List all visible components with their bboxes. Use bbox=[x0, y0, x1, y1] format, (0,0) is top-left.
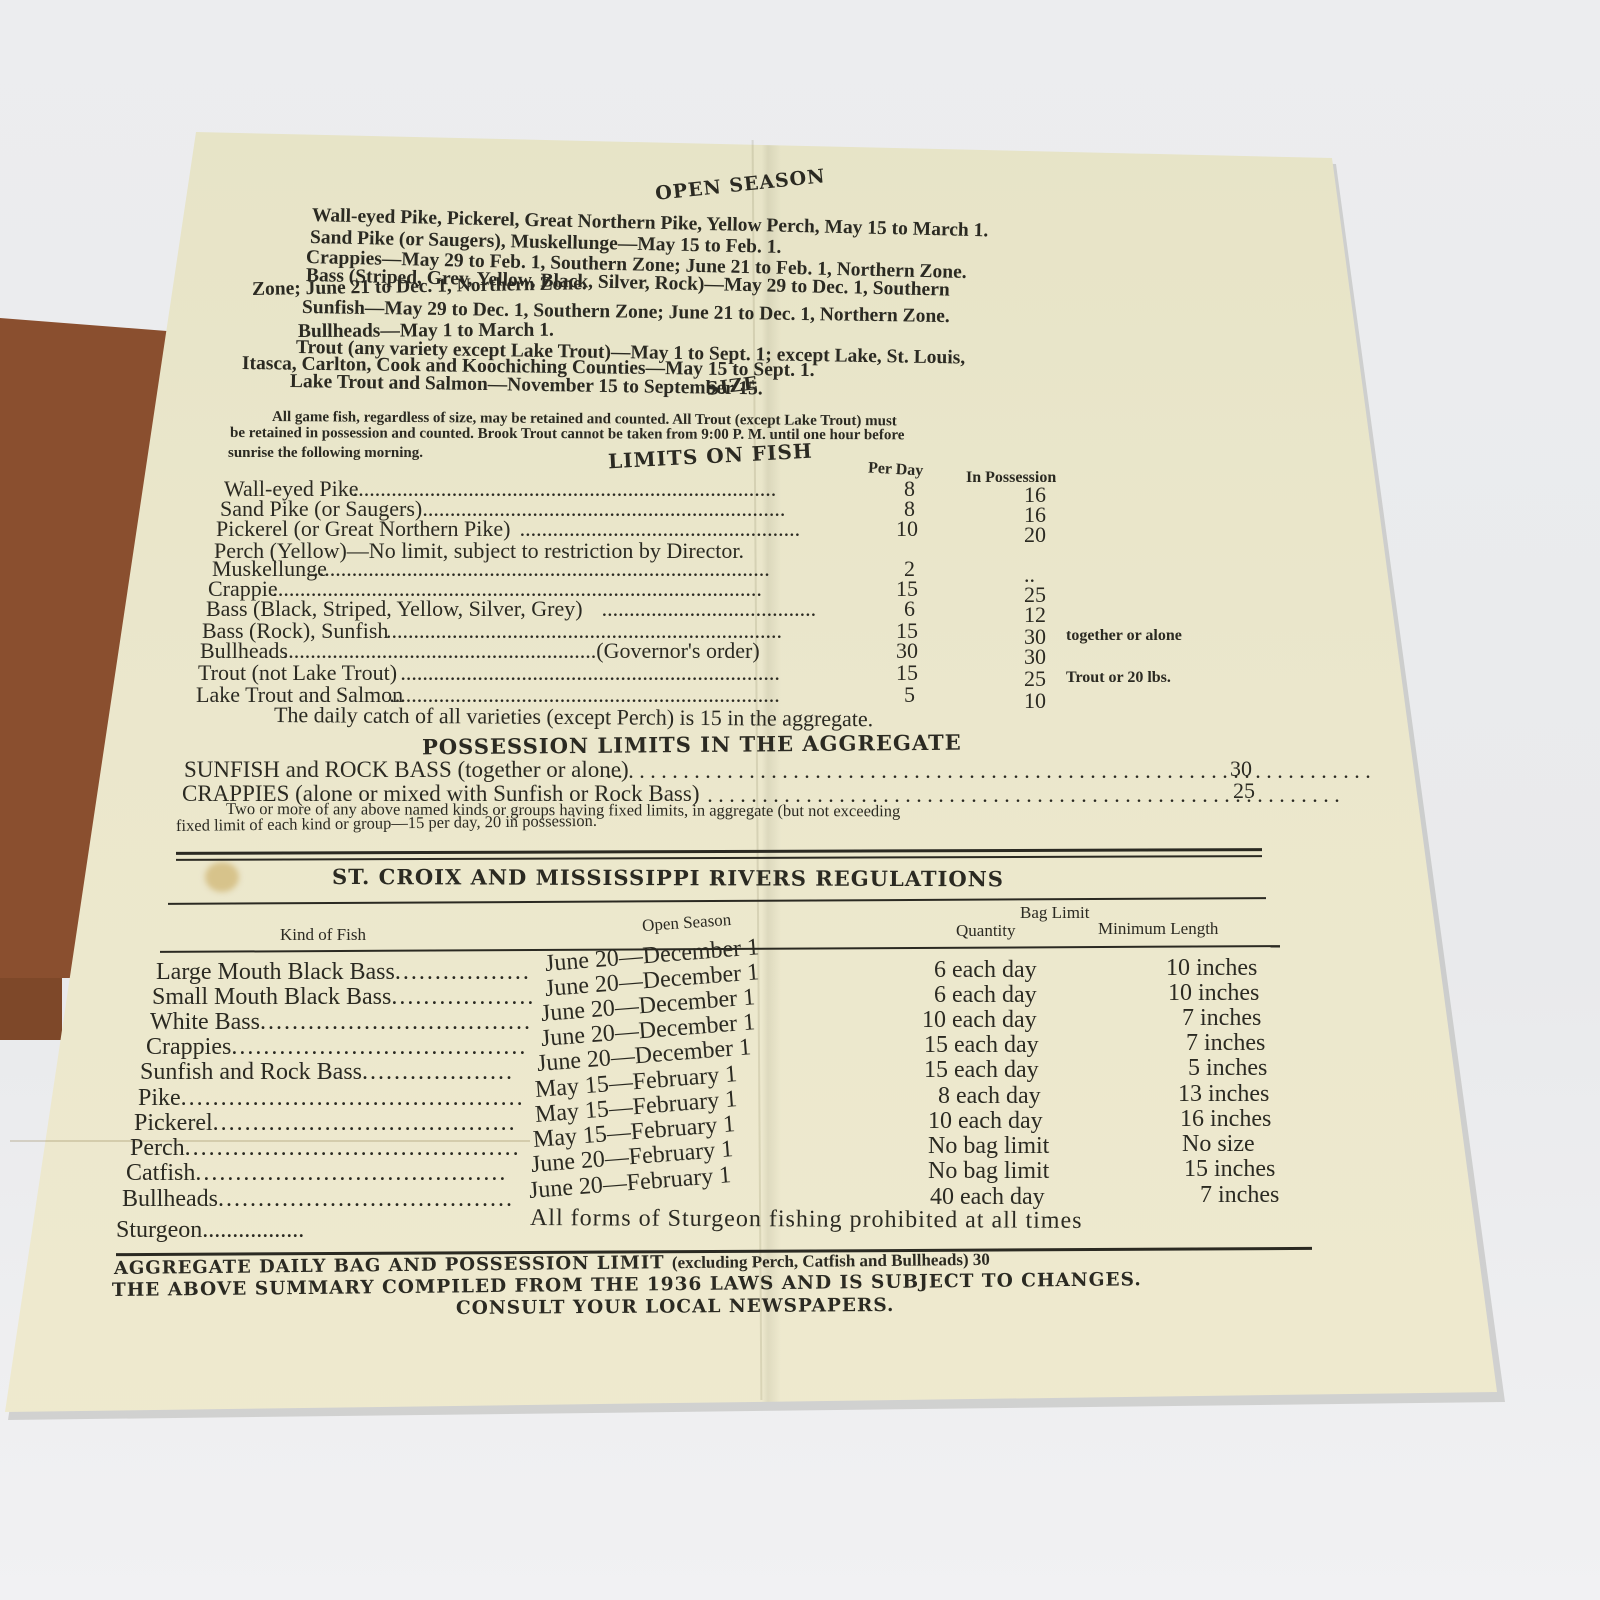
open-season-header: Open Season bbox=[642, 911, 732, 934]
river-fish-name: White Bass bbox=[150, 1009, 260, 1035]
leader-dots: ....................................... bbox=[602, 598, 817, 620]
river-quantity: No bag limit bbox=[928, 1134, 1049, 1158]
limits-title: LIMITS ON FISH bbox=[608, 441, 814, 472]
river-min-length: 13 inches bbox=[1178, 1082, 1269, 1106]
river-min-length: 16 inches bbox=[1180, 1107, 1271, 1131]
limit-note: Trout or 20 lbs. bbox=[1066, 670, 1171, 686]
river-min-length: 7 inches bbox=[1200, 1183, 1279, 1207]
river-min-length: No size bbox=[1182, 1132, 1255, 1156]
river-fish-name: Catfish bbox=[126, 1160, 195, 1186]
possession-value: 10 bbox=[1024, 690, 1046, 712]
river-quantity: 10 each day bbox=[928, 1109, 1043, 1133]
river-fish: Catfish.................................… bbox=[126, 1161, 507, 1185]
river-fish: Sunfish and Rock Bass................... bbox=[140, 1060, 514, 1084]
possession-aggregate-title: POSSESSION LIMITS IN THE AGGREGATE bbox=[422, 732, 962, 758]
river-fish-name: Pickerel bbox=[134, 1110, 213, 1136]
bag-limit-header: Bag Limit bbox=[1020, 904, 1089, 921]
open-season-line: Zone; June 21 to Dec. 1, Northern Zone. bbox=[252, 274, 587, 299]
river-fish-name: Perch bbox=[130, 1135, 185, 1161]
river-fish: Pike....................................… bbox=[138, 1086, 525, 1110]
footer-consult-line: CONSULT YOUR LOCAL NEWSPAPERS. bbox=[456, 1297, 895, 1319]
river-quantity: 8 each day bbox=[938, 1084, 1041, 1108]
leader-dots: ........................................… bbox=[400, 662, 780, 684]
river-min-length: 15 inches bbox=[1184, 1157, 1275, 1181]
leader-dots: ........................................… bbox=[283, 640, 760, 662]
size-line: sunrise the following morning. bbox=[228, 446, 423, 461]
section-rule bbox=[176, 855, 1262, 861]
possession-value: 20 bbox=[1024, 524, 1046, 546]
per-day-header: Per Day bbox=[868, 461, 924, 480]
fish-name: Pickerel (or Great Northern Pike) bbox=[216, 518, 510, 540]
river-fish-name: Bullheads bbox=[122, 1186, 218, 1212]
daily-catch-note: The daily catch of all varieties (except… bbox=[274, 704, 873, 730]
fish-name: Bullheads bbox=[200, 640, 288, 662]
limit-note: together or alone bbox=[1066, 628, 1182, 644]
possession-value: 25 bbox=[1024, 668, 1046, 690]
section-rule bbox=[168, 897, 1266, 905]
river-min-length: 7 inches bbox=[1182, 1006, 1261, 1030]
per-day-value: 6 bbox=[904, 598, 915, 620]
sturgeon-rule: All forms of Sturgeon fishing prohibited… bbox=[530, 1206, 1083, 1233]
river-quantity: 15 each day bbox=[924, 1033, 1039, 1057]
rivers-title: ST. CROIX AND MISSISSIPPI RIVERS REGULAT… bbox=[332, 866, 1004, 889]
river-quantity: 10 each day bbox=[922, 1008, 1037, 1032]
river-fish: Bullheads...............................… bbox=[122, 1187, 514, 1211]
aggregate-label: SUNFISH and ROCK BASS (together or alone… bbox=[184, 758, 629, 781]
river-fish-name: Sunfish and Rock Bass bbox=[140, 1059, 362, 1085]
river-fish: Crappies................................… bbox=[146, 1035, 527, 1059]
river-quantity: No bag limit bbox=[928, 1159, 1049, 1183]
river-fish: Perch...................................… bbox=[130, 1136, 521, 1160]
river-fish: Large Mouth Black Bass................. bbox=[156, 960, 531, 984]
river-fish-name: Small Mouth Black Bass bbox=[152, 984, 391, 1010]
river-fish: Small Mouth Black Bass.................. bbox=[152, 985, 535, 1009]
per-day-value: 10 bbox=[896, 518, 918, 540]
river-quantity: 6 each day bbox=[934, 983, 1037, 1007]
sheet-content: OPEN SEASON Wall-eyed Pike, Pickerel, Gr… bbox=[0, 0, 1600, 1600]
aggregate-value: 25 bbox=[1233, 780, 1255, 802]
minimum-length-header: Minimum Length bbox=[1098, 920, 1218, 937]
possession-value: 12 bbox=[1024, 604, 1046, 626]
river-fish-name: Pike bbox=[138, 1085, 181, 1111]
river-min-length: 10 inches bbox=[1166, 956, 1257, 980]
open-season-title: OPEN SEASON bbox=[654, 167, 826, 204]
quantity-header: Quantity bbox=[956, 922, 1016, 939]
leader-dots: . . . . . . . . . . . . . . . . . . . . … bbox=[606, 760, 1371, 782]
river-min-length: 5 inches bbox=[1188, 1056, 1267, 1080]
river-fish-name: Large Mouth Black Bass bbox=[156, 959, 395, 985]
per-day-value: 30 bbox=[896, 640, 918, 662]
stain bbox=[205, 862, 239, 892]
river-min-length: 10 inches bbox=[1168, 981, 1259, 1005]
river-fish: White Bass..............................… bbox=[150, 1010, 532, 1034]
river-fish: Pickerel................................… bbox=[134, 1111, 517, 1135]
aggregate-value: 30 bbox=[1230, 758, 1252, 780]
river-quantity: 40 each day bbox=[930, 1185, 1045, 1209]
river-fish-name: Crappies bbox=[146, 1034, 231, 1060]
section-rule bbox=[176, 848, 1262, 855]
per-day-value: 5 bbox=[904, 684, 915, 706]
possession-value: 30 bbox=[1024, 646, 1046, 668]
river-quantity: 15 each day bbox=[924, 1058, 1039, 1082]
fish-name: Bass (Black, Striped, Yellow, Silver, Gr… bbox=[206, 598, 583, 620]
fish-name: Trout (not Lake Trout) bbox=[198, 662, 397, 684]
kind-of-fish-header: Kind of Fish bbox=[280, 926, 366, 943]
sturgeon-fish: Sturgeon................. bbox=[116, 1218, 304, 1242]
per-day-value: 15 bbox=[896, 662, 918, 684]
river-quantity: 6 each day bbox=[934, 958, 1037, 982]
leader-dots: ........................................… bbox=[520, 518, 801, 540]
river-min-length: 7 inches bbox=[1186, 1031, 1265, 1055]
aggregate-note-line: fixed limit of each kind or group—15 per… bbox=[176, 813, 597, 835]
